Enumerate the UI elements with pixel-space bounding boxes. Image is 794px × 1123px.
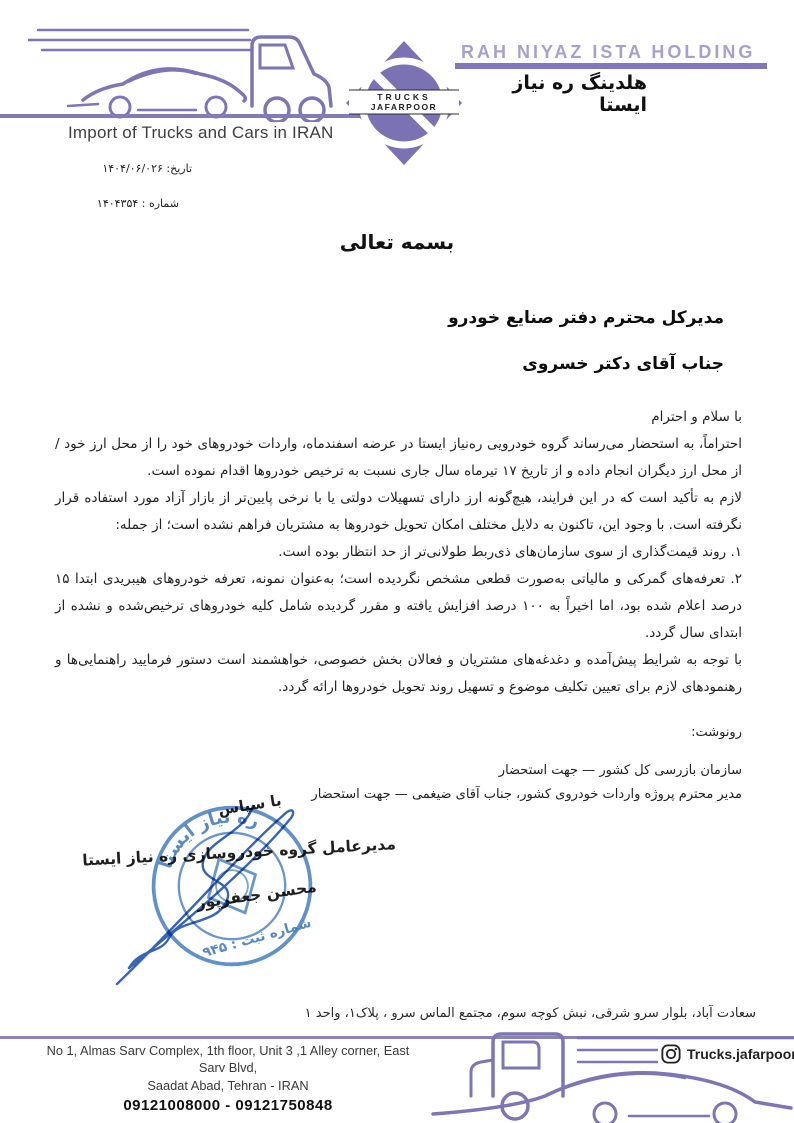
cc-item: سازمان بازرسی کل کشور — جهت استحضار <box>55 759 742 784</box>
cc-label: رونوشت: <box>55 721 742 746</box>
number-label: شماره : <box>142 197 179 210</box>
recipient-title: مدیرکل محترم دفتر صنایع خودرو <box>55 308 724 328</box>
body-paragraph: با توجه به شرایط پیش‌آمده و دغدغه‌های مش… <box>55 647 742 701</box>
date-value: ۱۴۰۴/۰۶/۰۲۶ <box>102 162 163 175</box>
salutation: با سلام و احترام <box>55 404 742 431</box>
invocation-besmeh-taali: بسمه تعالی <box>0 230 794 254</box>
letter-page: Import of Trucks and Cars in IRAN TRUCKS… <box>0 0 794 1123</box>
company-tagline: Import of Trucks and Cars in IRAN <box>68 123 333 143</box>
holding-name-english: RAH NIYAZ ISTA HOLDING <box>461 42 755 63</box>
letter-date: تاریخ: ۱۴۰۴/۰۶/۰۲۶ <box>110 162 192 175</box>
header-divider-line <box>0 114 366 118</box>
holding-accent-bar <box>455 63 767 69</box>
logo-text-trucks: TRUCKS <box>377 92 430 102</box>
footer-address-english: No 1, Almas Sarv Complex, 1th floor, Uni… <box>40 1042 416 1114</box>
truck-car-artwork-footer <box>393 1026 794 1123</box>
letter-body: مدیرکل محترم دفتر صنایع خودرو جناب آقای … <box>55 308 742 808</box>
footer-address-persian: سعادت آباد، بلوار سرو شرقی، نبش کوچه سوم… <box>305 1006 756 1021</box>
holding-name-persian: هلدینگ ره نیاز ایستا <box>461 72 647 116</box>
recipient-name: جناب آقای دکتر خسروی <box>55 354 724 374</box>
logo-text-jafarpoor: JAFARPOOR <box>371 102 437 112</box>
body-paragraph: احتراماً، به استحضار می‌رساند گروه خودرو… <box>55 431 742 485</box>
date-label: تاریخ: <box>166 162 192 175</box>
body-paragraph: لازم به تأکید است که در این فرایند، هیچ‌… <box>55 485 742 539</box>
body-numbered-item: ۲. تعرفه‌های گمرکی و مالیاتی به‌صورت قطع… <box>55 566 742 647</box>
truck-car-artwork-header <box>28 22 368 122</box>
instagram-row: Trucks.jafarpoor <box>658 1043 794 1065</box>
address-line-2: Saadat Abad, Tehran - IRAN <box>40 1077 416 1094</box>
company-logo: TRUCKS JAFARPOOR <box>343 38 465 168</box>
footer-phone-numbers: 09121008000 - 09121750848 <box>40 1097 416 1114</box>
instagram-icon <box>661 1044 681 1064</box>
letter-number: شماره : ۱۴۰۴۳۵۴ <box>103 197 179 210</box>
body-numbered-item: ۱. روند قیمت‌گذاری از سوی سازمان‌های ذی‌… <box>55 539 742 566</box>
number-value: ۱۴۰۴۳۵۴ <box>97 197 138 210</box>
address-line-1: No 1, Almas Sarv Complex, 1th floor, Uni… <box>40 1042 416 1077</box>
handwritten-signature <box>95 788 325 988</box>
instagram-handle: Trucks.jafarpoor <box>687 1046 794 1062</box>
